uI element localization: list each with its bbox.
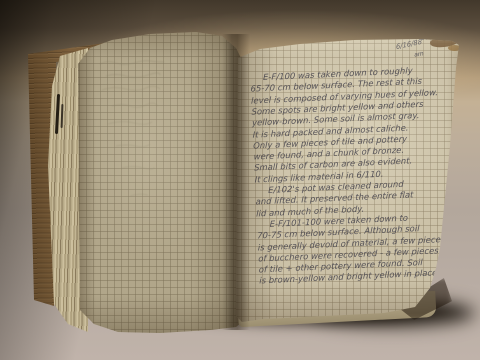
left-page-blank (72, 28, 244, 338)
spine-gutter-shadow (222, 34, 250, 330)
left-page-shading (72, 28, 244, 338)
dark-page-gap-mark (55, 94, 60, 134)
notebook-photo: 65 6/16/88 am E-F/100 was taken down to … (0, 0, 480, 360)
dark-page-gap-mark (61, 104, 64, 128)
